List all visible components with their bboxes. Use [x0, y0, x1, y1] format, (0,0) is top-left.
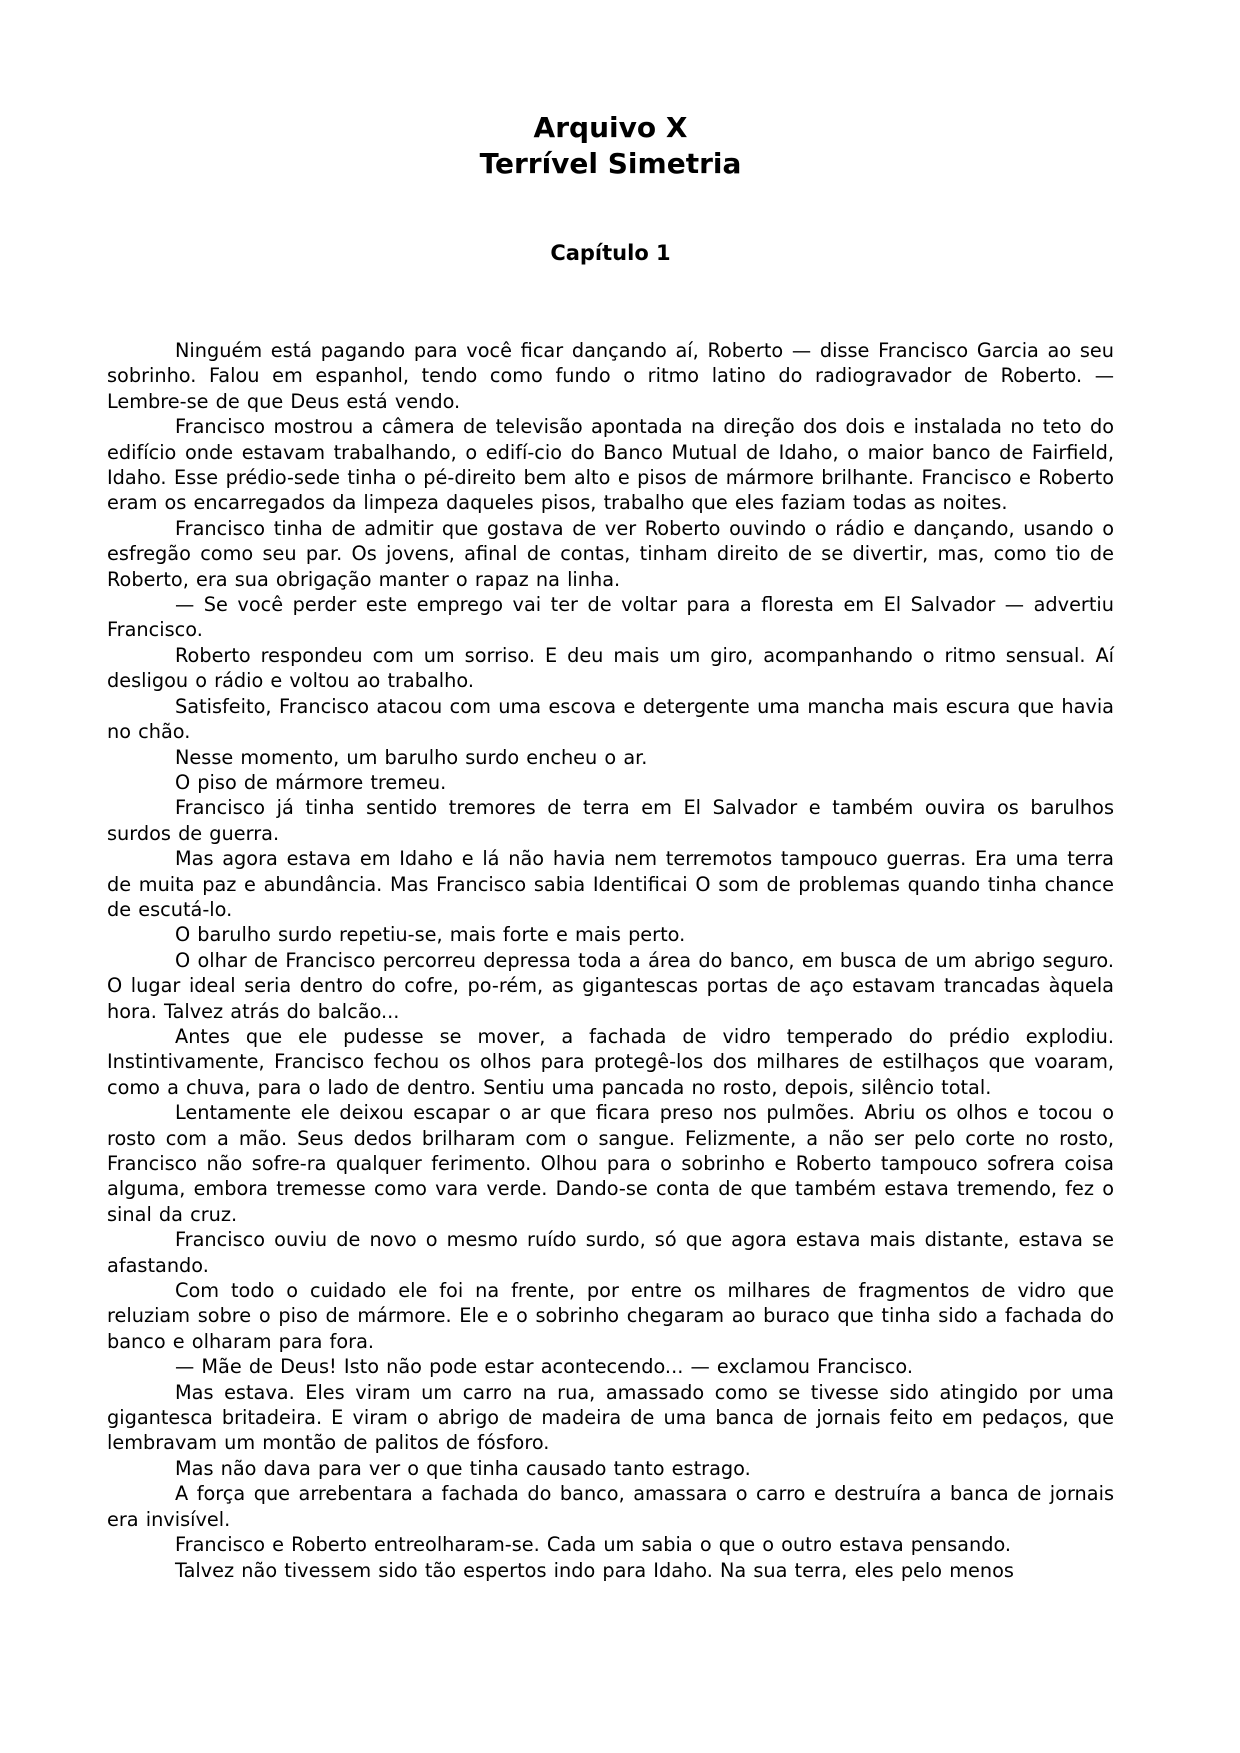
body-paragraph: Antes que ele pudesse se mover, a fachad… [107, 1024, 1114, 1100]
body-paragraph: Ninguém está pagando para você ficar dan… [107, 338, 1114, 414]
body-paragraph: Francisco ouviu de novo o mesmo ruído su… [107, 1227, 1114, 1278]
body-paragraph: Mas não dava para ver o que tinha causad… [107, 1456, 1114, 1481]
body-paragraph: Nesse momento, um barulho surdo encheu o… [107, 745, 1114, 770]
body-paragraph: O barulho surdo repetiu-se, mais forte e… [107, 922, 1114, 947]
body-paragraph: O piso de mármore tremeu. [107, 770, 1114, 795]
body-paragraph: Satisfeito, Francisco atacou com uma esc… [107, 694, 1114, 745]
body-paragraph: Com todo o cuidado ele foi na frente, po… [107, 1278, 1114, 1354]
document-page: Arquivo X Terrível Simetria Capítulo 1 N… [0, 0, 1240, 1753]
body-paragraph: Francisco mostrou a câmera de televisão … [107, 414, 1114, 516]
book-title-line1: Arquivo X [534, 111, 688, 144]
book-title: Arquivo X Terrível Simetria [107, 110, 1114, 182]
body-text: Ninguém está pagando para você ficar dan… [107, 338, 1114, 1583]
body-paragraph: — Se você perder este emprego vai ter de… [107, 592, 1114, 643]
body-paragraph: A força que arrebentara a fachada do ban… [107, 1481, 1114, 1532]
body-paragraph: Mas estava. Eles viram um carro na rua, … [107, 1380, 1114, 1456]
body-paragraph: O olhar de Francisco percorreu depressa … [107, 948, 1114, 1024]
body-paragraph: Francisco já tinha sentido tremores de t… [107, 795, 1114, 846]
body-paragraph: Talvez não tivessem sido tão espertos in… [107, 1558, 1114, 1583]
body-paragraph: Mas agora estava em Idaho e lá não havia… [107, 846, 1114, 922]
body-paragraph: Francisco tinha de admitir que gostava d… [107, 516, 1114, 592]
body-paragraph: — Mãe de Deus! Isto não pode estar acont… [107, 1354, 1114, 1379]
chapter-heading: Capítulo 1 [107, 240, 1114, 267]
book-title-line2: Terrível Simetria [480, 147, 742, 180]
body-paragraph: Francisco e Roberto entreolharam-se. Cad… [107, 1532, 1114, 1557]
body-paragraph: Roberto respondeu com um sorriso. E deu … [107, 643, 1114, 694]
body-paragraph: Lentamente ele deixou escapar o ar que f… [107, 1100, 1114, 1227]
